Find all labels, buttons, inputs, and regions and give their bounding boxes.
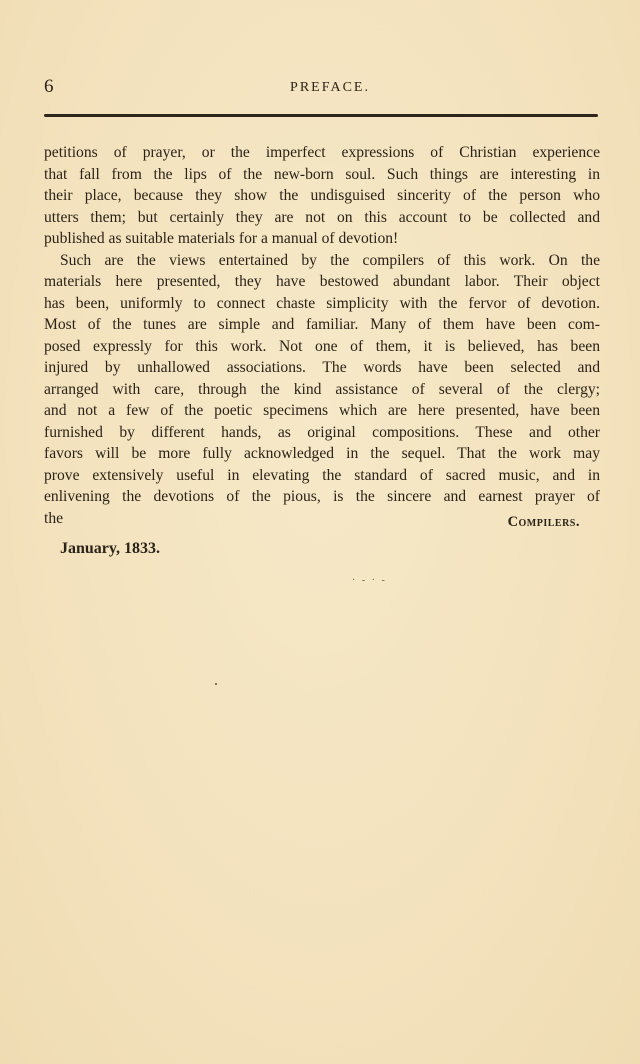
text-line: materials here presented, they have best… xyxy=(44,271,600,293)
body-text: petitions of prayer, or the imperfect ex… xyxy=(44,142,600,530)
text-line: their place, because they show the undis… xyxy=(44,185,600,207)
date-line: January, 1833. xyxy=(60,540,160,558)
text-line: and not a few of the poetic specimens wh… xyxy=(44,400,600,422)
text-line: published as suitable materials for a ma… xyxy=(44,228,600,250)
text-line: Such are the views entertained by the co… xyxy=(44,250,600,272)
text-line: favors will be more fully acknowledged i… xyxy=(44,443,600,465)
text-line: has been, uniformly to connect chaste si… xyxy=(44,293,600,315)
text-line: posed expressly for this work. Not one o… xyxy=(44,336,600,358)
text-line: utters them; but certainly they are not … xyxy=(44,207,600,229)
paragraph-2: Such are the views entertained by the co… xyxy=(44,250,600,508)
text-line: injured by unhallowed associations. The … xyxy=(44,357,600,379)
paragraph-1: petitions of prayer, or the imperfect ex… xyxy=(44,142,600,250)
text-line: Most of the tunes are simple and familia… xyxy=(44,314,600,336)
paper-speck xyxy=(215,683,217,685)
header-rule xyxy=(44,114,598,117)
text-line: furnished by different hands, as origina… xyxy=(44,422,600,444)
text-line: prove extensively useful in elevating th… xyxy=(44,465,600,487)
text-line: arranged with care, through the kind ass… xyxy=(44,379,600,401)
text-line: petitions of prayer, or the imperfect ex… xyxy=(44,142,600,164)
signature-row: the Compilers. xyxy=(44,508,600,530)
text-line: that fall from the lips of the new-born … xyxy=(44,164,600,186)
text-line: enlivening the devotions of the pious, i… xyxy=(44,486,600,508)
closing-word: the xyxy=(44,508,63,530)
running-head: PREFACE. xyxy=(0,80,640,96)
ornament-mark: · - · - xyxy=(352,575,387,586)
signature: Compilers. xyxy=(508,512,580,534)
